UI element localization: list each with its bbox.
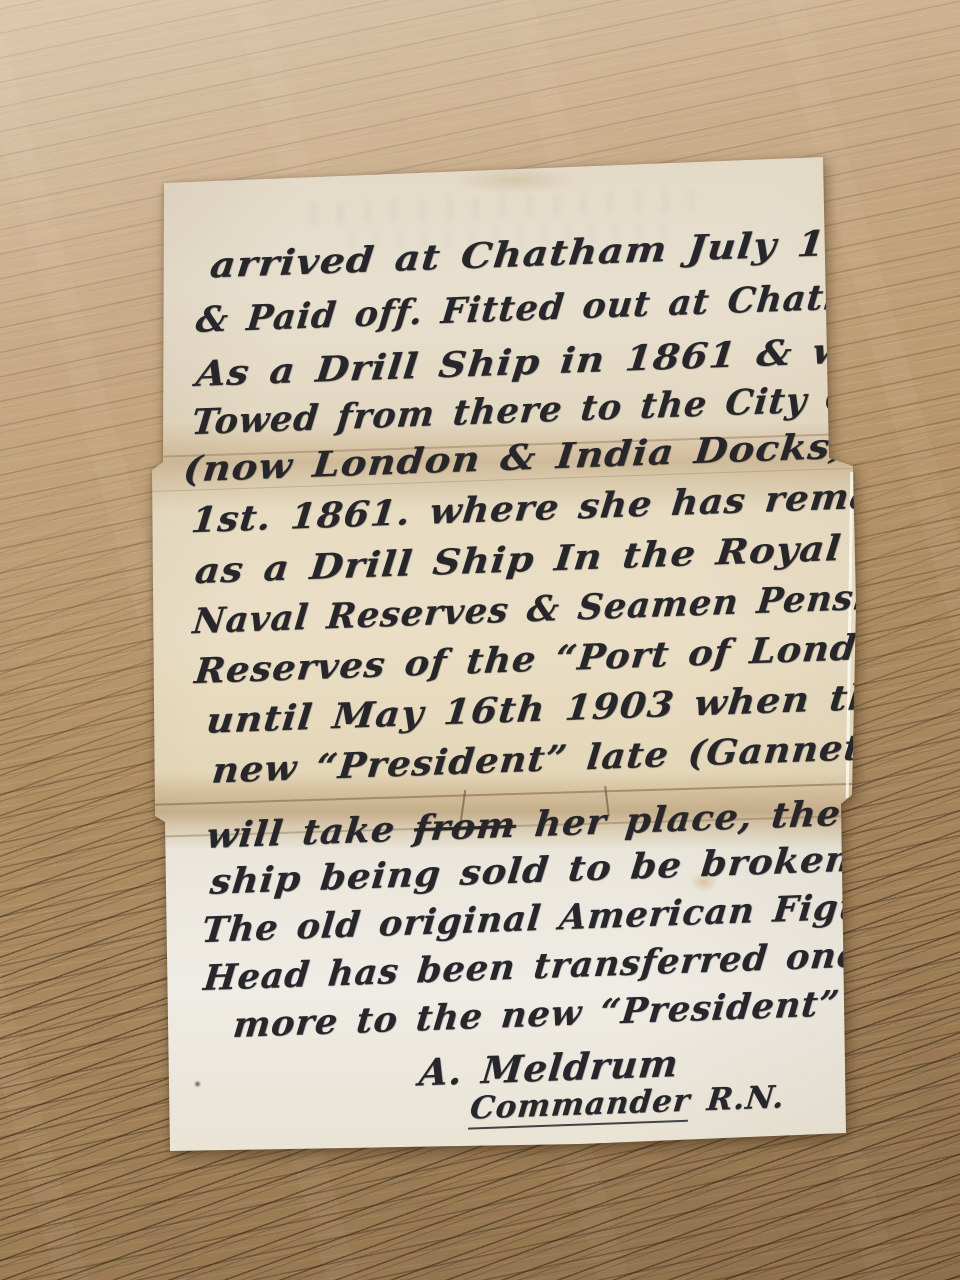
letter-text-layer: arrived at Chatham July 1857& Paid off. … [147, 126, 895, 1163]
letter-line-1: arrived at Chatham July 1857 [208, 220, 913, 286]
photo-of-handwritten-letter: { "scene": { "surface": "oak-table-top",… [0, 0, 960, 1280]
letter-page: arrived at Chatham July 1857& Paid off. … [150, 150, 862, 1162]
underlined-word: Commander [468, 1083, 692, 1130]
struck-out-word: from [412, 805, 518, 850]
letter-line-2: & Paid off. Fitted out at Chatham [194, 274, 914, 341]
handwritten-letter-paper: arrived at Chatham July 1857& Paid off. … [150, 150, 862, 1162]
